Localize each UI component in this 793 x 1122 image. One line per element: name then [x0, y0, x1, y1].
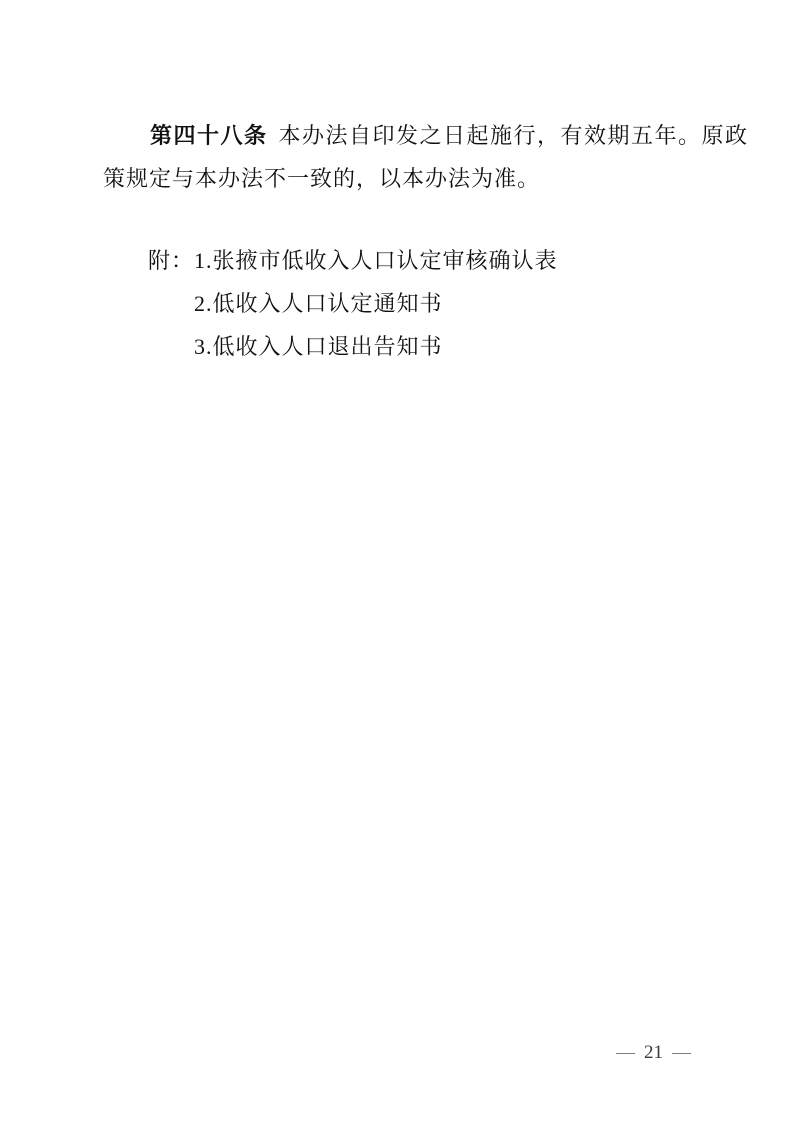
page-number-dash-left: — — [616, 1041, 635, 1065]
attachments-list: 1.张掖市低收入人口认定审核确认表 2.低收入人口认定通知书 3.低收入人口退出… — [194, 239, 748, 368]
attachments-label: 附： — [148, 239, 194, 282]
page-number-value: 21 — [644, 1041, 663, 1065]
attachments-section: 附： 1.张掖市低收入人口认定审核确认表 2.低收入人口认定通知书 3.低收入人… — [103, 239, 748, 368]
page-number-dash-right: — — [672, 1041, 691, 1065]
attachment-item: 2.低收入人口认定通知书 — [194, 282, 748, 325]
attachment-item: 1.张掖市低收入人口认定审核确认表 — [194, 239, 748, 282]
page-number: — 21 — — [616, 1041, 691, 1065]
document-page: 第四十八条本办法自印发之日起施行，有效期五年。原政策规定与本办法不一致的，以本办… — [0, 0, 793, 1122]
attachment-item: 3.低收入人口退出告知书 — [194, 325, 748, 368]
article-number-heading: 第四十八条 — [150, 123, 268, 148]
article-48-paragraph: 第四十八条本办法自印发之日起施行，有效期五年。原政策规定与本办法不一致的，以本办… — [103, 114, 748, 200]
document-body: 第四十八条本办法自印发之日起施行，有效期五年。原政策规定与本办法不一致的，以本办… — [103, 114, 748, 368]
